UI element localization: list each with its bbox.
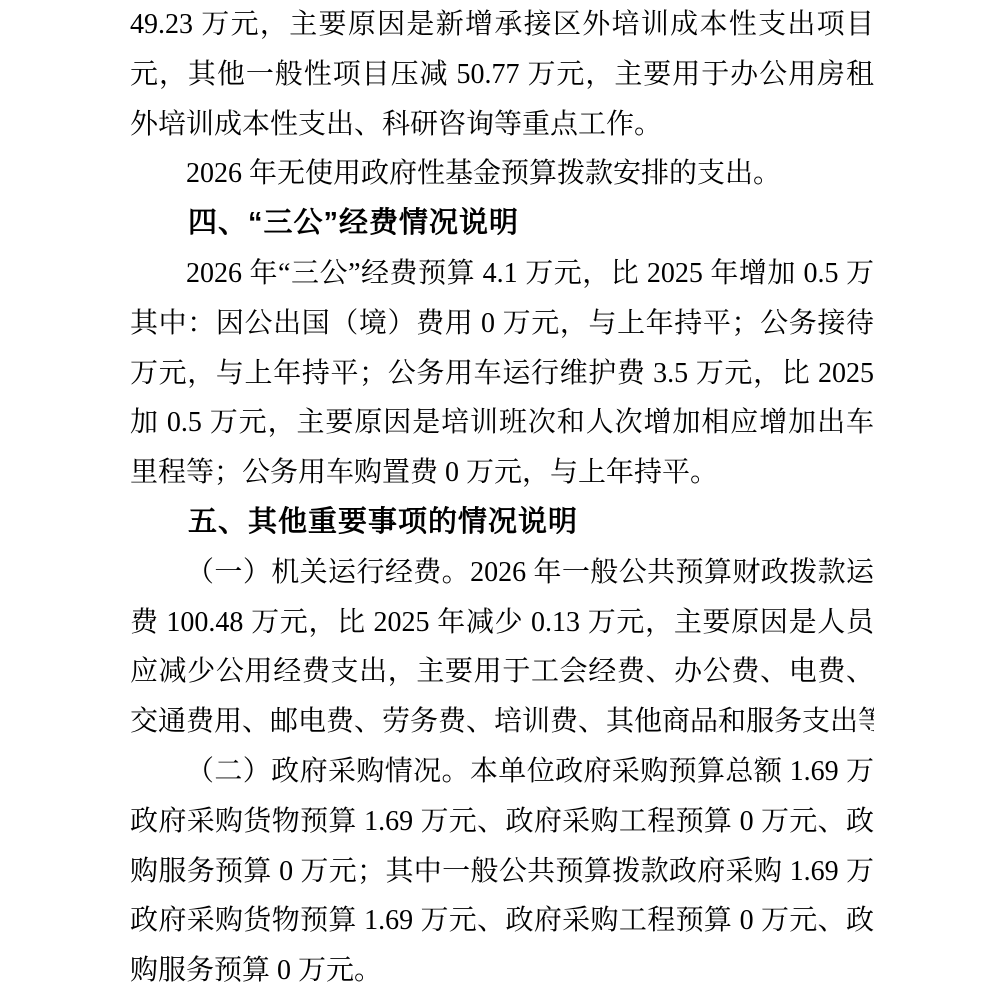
body-line: 2026 年无使用政府性基金预算拨款安排的支出。 <box>130 149 874 199</box>
section-heading-5: 五、其他重要事项的情况说明 <box>130 498 874 548</box>
section-heading-4: 四、“三公”经费情况说明 <box>130 199 874 249</box>
body-line: 外培训成本性支出、科研咨询等重点工作。 <box>130 100 874 150</box>
body-line: 政府采购货物预算 1.69 万元、政府采购工程预算 0 万元、政府采 <box>130 896 874 946</box>
document-text-block: 49.23 万元，主要原因是新增承接区外培训成本性支出项目 100 万 元，其他… <box>130 0 874 996</box>
body-line: 购服务预算 0 万元。 <box>130 946 874 996</box>
document-page: 49.23 万元，主要原因是新增承接区外培训成本性支出项目 100 万 元，其他… <box>0 0 1000 1001</box>
body-line: 元，其他一般性项目压减 50.77 万元，主要用于办公用房租赁、区 <box>130 50 874 100</box>
body-line: （二）政府采购情况。本单位政府采购预算总额 1.69 万元： <box>130 747 874 797</box>
body-line: 加 0.5 万元，主要原因是培训班次和人次增加相应增加出车次数和 <box>130 398 874 448</box>
body-line: （一）机关运行经费。2026 年一般公共预算财政拨款运行经 <box>130 548 874 598</box>
body-line: 应减少公用经费支出，主要用于工会经费、办公费、电费、其他 <box>130 647 874 697</box>
body-line: 政府采购货物预算 1.69 万元、政府采购工程预算 0 万元、政府采 <box>130 797 874 847</box>
body-line: 2026 年“三公”经费预算 4.1 万元，比 2025 年增加 0.5 万元。 <box>130 249 874 299</box>
body-line: 49.23 万元，主要原因是新增承接区外培训成本性支出项目 100 万 <box>130 0 874 50</box>
body-line: 里程等；公务用车购置费 0 万元，与上年持平。 <box>130 448 874 498</box>
body-line: 购服务预算 0 万元；其中一般公共预算拨款政府采购 1.69 万元： <box>130 847 874 897</box>
body-line: 其中：因公出国（境）费用 0 万元，与上年持平；公务接待费 0.6 <box>130 299 874 349</box>
body-line: 费 100.48 万元，比 2025 年减少 0.13 万元，主要原因是人员减少… <box>130 598 874 648</box>
body-line: 交通费用、邮电费、劳务费、培训费、其他商品和服务支出等。 <box>130 697 874 747</box>
body-line: 万元，与上年持平；公务用车运行维护费 3.5 万元，比 2025 年增 <box>130 349 874 399</box>
